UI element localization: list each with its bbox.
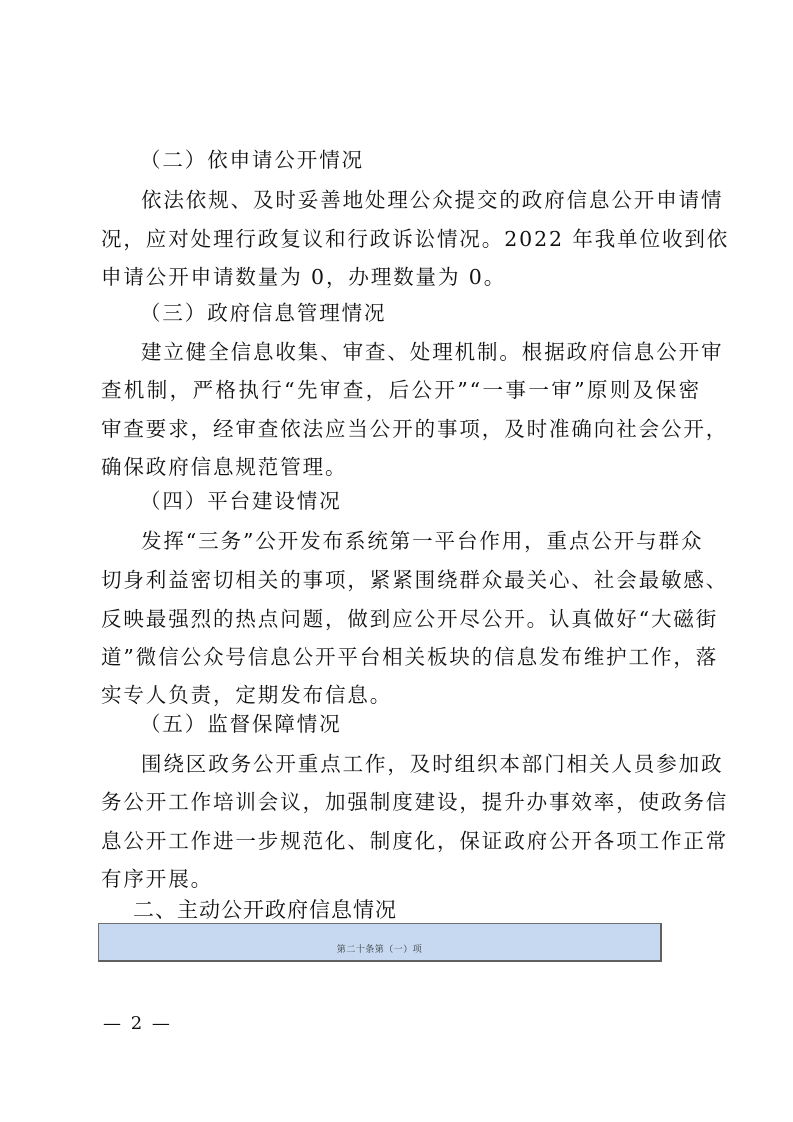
paragraph-line: 息公开工作进一步规范化、制度化，保证政府公开各项工作正常 xyxy=(101,829,701,853)
table-header-label: 第二十条第（一）项 xyxy=(99,944,660,956)
paragraph-line: 反映最强烈的热点问题，做到应公开尽公开。认真做好“大磁街 xyxy=(101,607,701,631)
subsection-heading-2: （二）依申请公开情况 xyxy=(140,148,740,172)
paragraph-line: 道”微信公众号信息公开平台相关板块的信息发布维护工作，落 xyxy=(101,645,701,669)
paragraph-line: 审查要求，经审查依法应当公开的事项，及时准确向社会公开， xyxy=(101,417,701,441)
paragraph-line: 查机制，严格执行“先审查，后公开”“一事一审”原则及保密 xyxy=(101,378,701,402)
page-number: — 2 — xyxy=(103,1013,172,1035)
paragraph-line: 务公开工作培训会议，加强制度建设，提升办事效率，使政务信 xyxy=(101,790,701,814)
paragraph-line: 依法依规、及时妥善地处理公众提交的政府信息公开申请情 xyxy=(141,188,701,212)
paragraph-line: 申请公开申请数量为 0，办理数量为 0。 xyxy=(101,265,701,289)
paragraph-line: 实专人负责，定期发布信息。 xyxy=(101,683,701,707)
subsection-heading-5: （五）监督保障情况 xyxy=(140,712,740,736)
paragraph-line: 建立健全信息收集、审查、处理机制。根据政府信息公开审 xyxy=(141,340,701,364)
paragraph-line: 确保政府信息规范管理。 xyxy=(101,455,701,479)
table-header: 第二十条第（一）项 xyxy=(98,923,662,962)
subsection-heading-4: （四）平台建设情况 xyxy=(140,489,740,513)
paragraph-line: 况，应对处理行政复议和行政诉讼情况。2022 年我单位收到依 xyxy=(101,227,701,251)
paragraph-line: 发挥“三务”公开发布系统第一平台作用，重点公开与群众 xyxy=(141,529,701,553)
subsection-heading-3: （三）政府信息管理情况 xyxy=(140,301,740,325)
paragraph-line: 切身利益密切相关的事项，紧紧围绕群众最关心、社会最敏感、 xyxy=(101,568,701,592)
section-heading-2: 二、主动公开政府信息情况 xyxy=(133,897,397,923)
paragraph-line: 围绕区政务公开重点工作，及时组织本部门相关人员参加政 xyxy=(141,752,701,776)
paragraph-line: 有序开展。 xyxy=(101,867,701,891)
document-page: （二）依申请公开情况 依法依规、及时妥善地处理公众提交的政府信息公开申请情 况，… xyxy=(0,0,793,1122)
